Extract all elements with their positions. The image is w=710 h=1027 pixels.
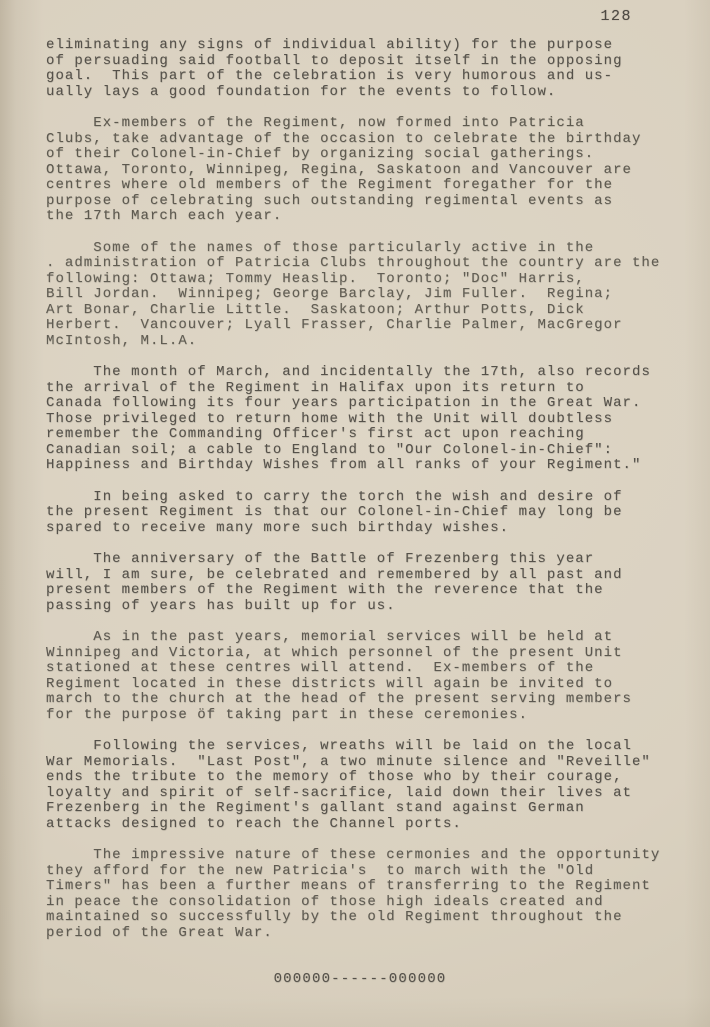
paragraph-1: eliminating any signs of individual abil… (46, 38, 674, 100)
page-number: 128 (600, 8, 632, 25)
paragraph-6: The anniversary of the Battle of Frezenb… (46, 552, 674, 614)
paragraph-5: In being asked to carry the torch the wi… (46, 490, 674, 537)
paragraph-4: The month of March, and incidentally the… (46, 365, 674, 474)
paragraph-9: The impressive nature of these cermonies… (46, 848, 674, 941)
paragraph-2: Ex-members of the Regiment, now formed i… (46, 116, 674, 225)
end-of-section-divider: 000000------000000 (46, 971, 674, 987)
scanned-document-page: 128 eliminating any signs of individual … (0, 0, 710, 1027)
paragraph-8: Following the services, wreaths will be … (46, 739, 674, 832)
paragraph-3: Some of the names of those particularly … (46, 241, 674, 350)
page-body: eliminating any signs of individual abil… (46, 38, 674, 987)
paragraph-7: As in the past years, memorial services … (46, 630, 674, 723)
